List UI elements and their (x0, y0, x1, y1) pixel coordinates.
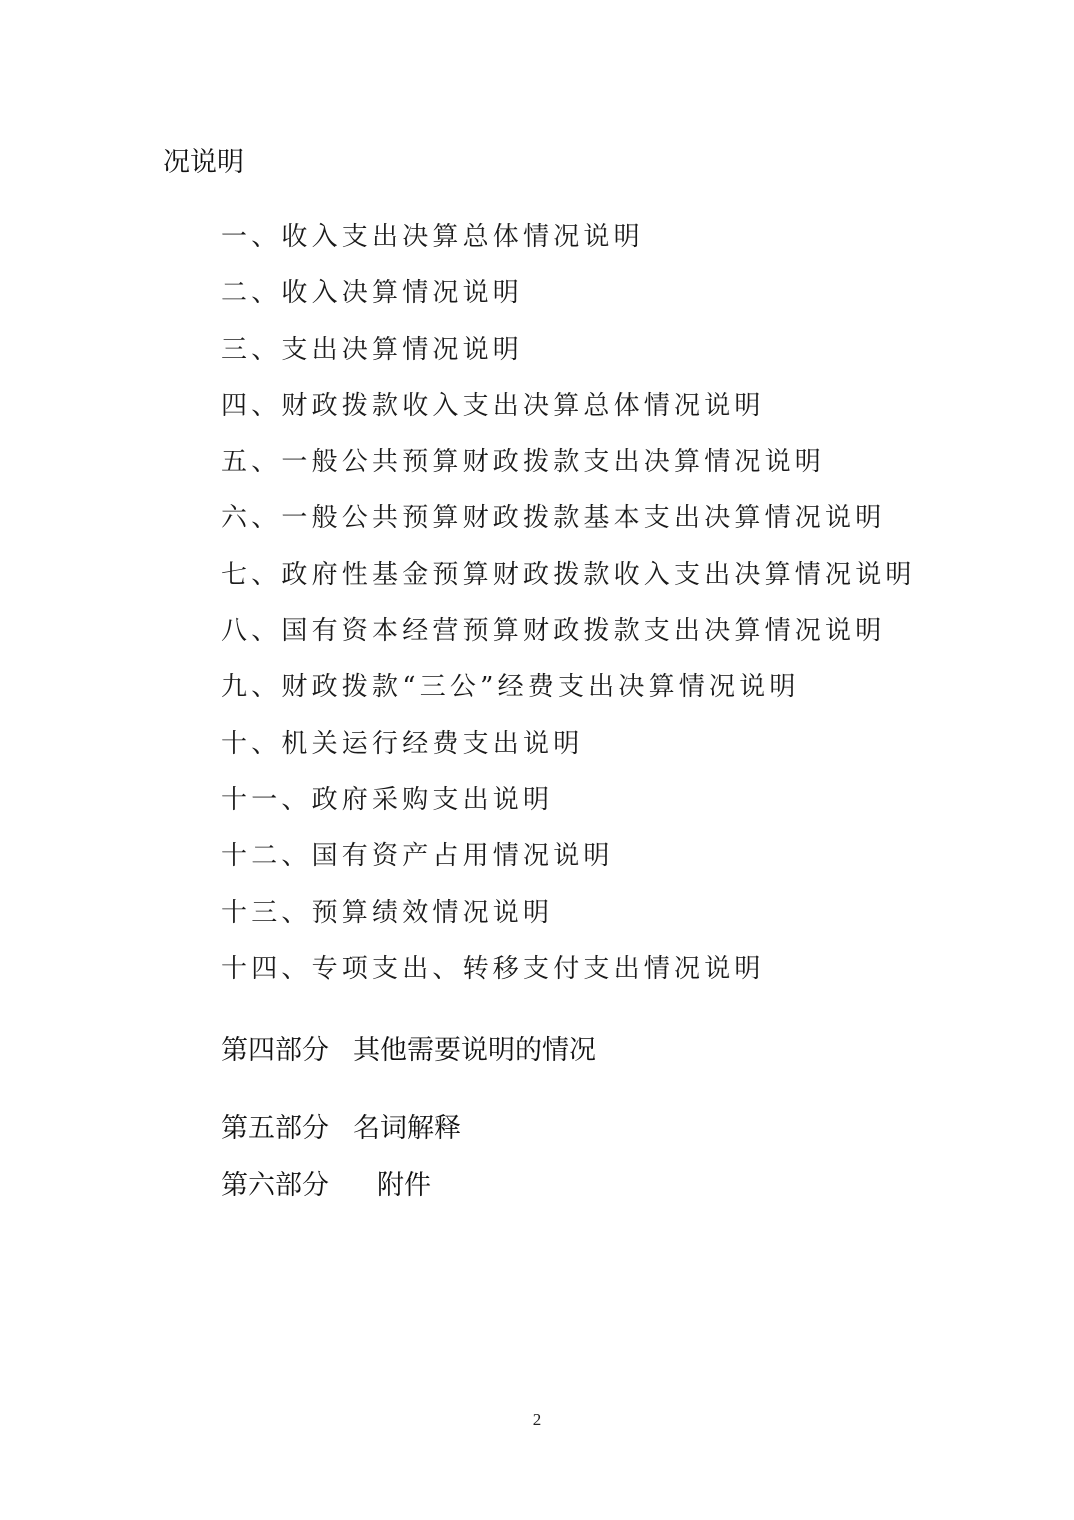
toc-item: 七、政府性基金预算财政拨款收入支出决算情况说明 (221, 554, 916, 610)
part-number: 第五部分 (221, 1106, 329, 1145)
toc-item: 二、收入决算情况说明 (221, 272, 916, 328)
toc-item: 十一、政府采购支出说明 (221, 779, 916, 835)
part-six-heading: 第六部分附件 (221, 1163, 431, 1202)
part-four-heading: 第四部分其他需要说明的情况 (221, 1028, 596, 1067)
part-title: 附件 (377, 1163, 431, 1202)
page-number: 2 (0, 1410, 1074, 1430)
toc-item: 九、财政拨款“三公”经费支出决算情况说明 (221, 666, 916, 722)
part-five-heading: 第五部分名词解释 (221, 1106, 461, 1145)
toc-item: 五、一般公共预算财政拨款支出决算情况说明 (221, 441, 916, 497)
document-page: 况说明 一、收入支出决算总体情况说明 二、收入决算情况说明 三、支出决算情况说明… (0, 0, 1074, 1520)
part-title: 其他需要说明的情况 (353, 1028, 596, 1067)
toc-item: 八、国有资本经营预算财政拨款支出决算情况说明 (221, 610, 916, 666)
part-title: 名词解释 (353, 1106, 461, 1145)
toc-item: 十四、专项支出、转移支付支出情况说明 (221, 948, 916, 1004)
toc-item: 一、收入支出决算总体情况说明 (221, 216, 916, 272)
part-number: 第六部分 (221, 1163, 329, 1202)
continued-section-heading: 况说明 (163, 140, 244, 179)
toc-item: 十二、国有资产占用情况说明 (221, 835, 916, 891)
part-number: 第四部分 (221, 1028, 329, 1067)
toc-subsection-list: 一、收入支出决算总体情况说明 二、收入决算情况说明 三、支出决算情况说明 四、财… (221, 216, 916, 1004)
toc-item: 三、支出决算情况说明 (221, 329, 916, 385)
toc-item: 六、一般公共预算财政拨款基本支出决算情况说明 (221, 497, 916, 553)
toc-item: 四、财政拨款收入支出决算总体情况说明 (221, 385, 916, 441)
toc-item: 十三、预算绩效情况说明 (221, 892, 916, 948)
toc-item: 十、机关运行经费支出说明 (221, 723, 916, 779)
